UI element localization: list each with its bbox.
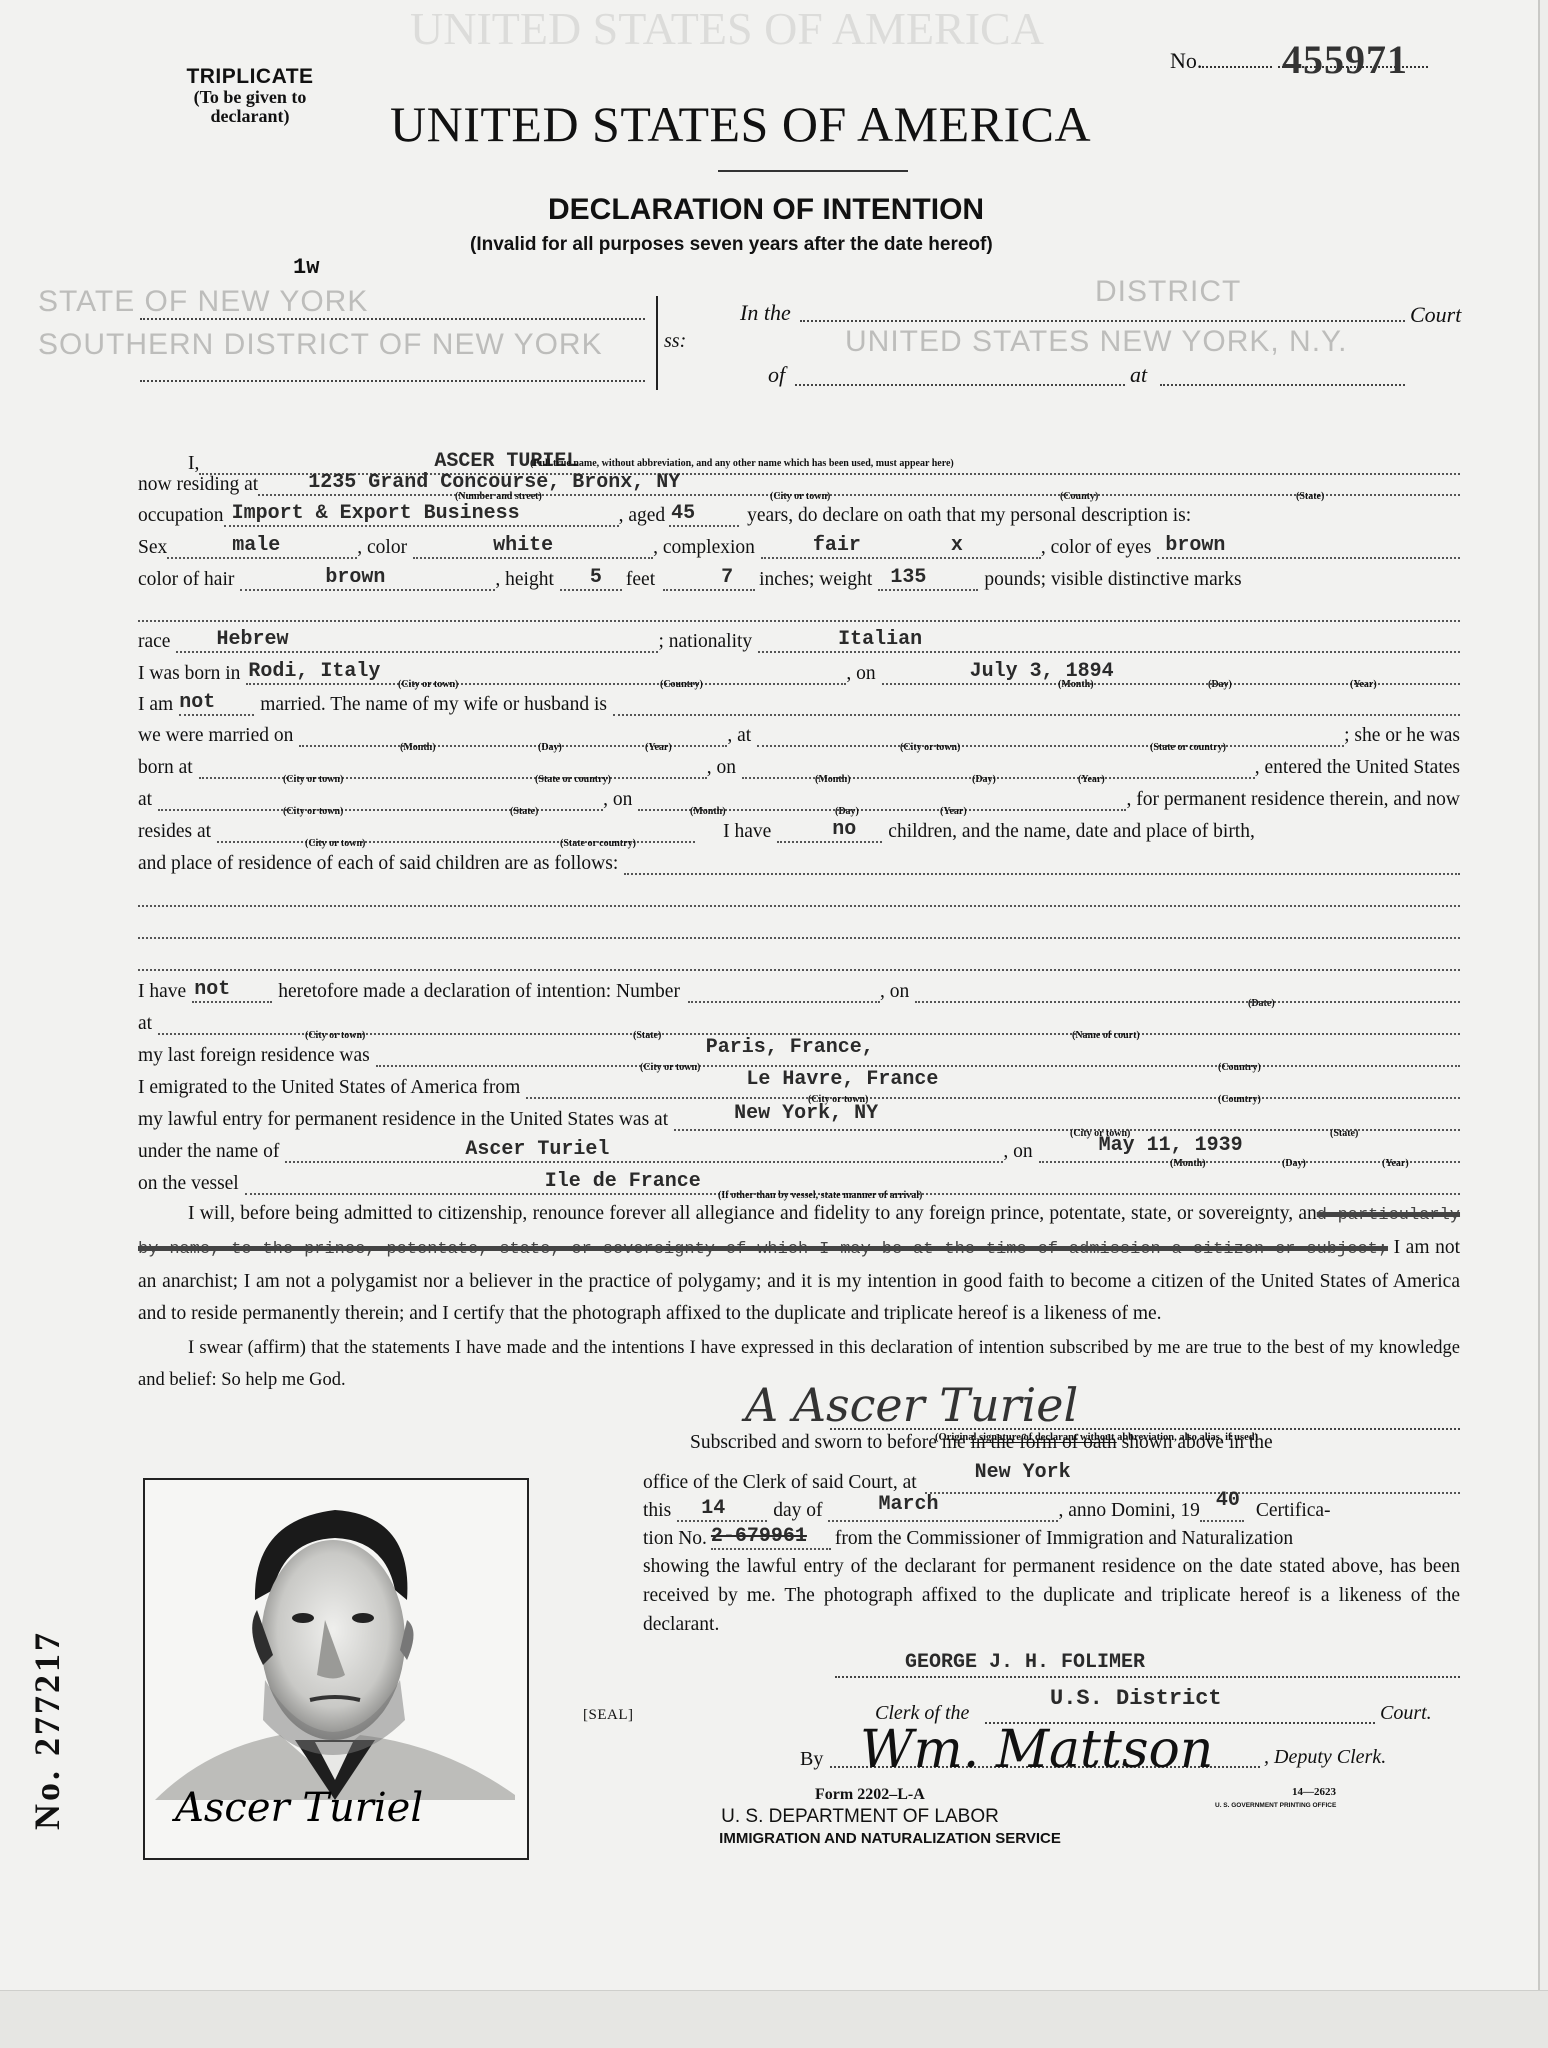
vessel-value: Ile de France (545, 1170, 701, 1193)
children-list-label: and place of residence of each of said c… (138, 853, 618, 875)
copy-designation: TRIPLICATE (To be given to declarant) (160, 66, 340, 126)
feet-field: 5 (560, 569, 622, 591)
at-label: , at (727, 725, 751, 747)
day-of-label: day of (773, 1500, 822, 1522)
emigrated-label: I emigrated to the United States of Amer… (138, 1077, 520, 1099)
certificate-value: 277217 (27, 1630, 67, 1756)
this-label: this (643, 1500, 671, 1522)
last-residence-label: my last foreign residence was (138, 1045, 370, 1067)
under-name-row: under the name of Ascer Turiel , on May … (138, 1133, 1460, 1163)
nationality-value: Italian (838, 628, 922, 651)
number-value: 455971 (1282, 36, 1408, 83)
district-stamp: SOUTHERN DISTRICT OF NEW YORK (38, 328, 603, 362)
years-text: years, do declare on oath that my person… (747, 505, 1191, 527)
birth-row: I was born in Rodi, Italy , on July 3, 1… (138, 655, 1460, 685)
color-field: white (413, 537, 653, 559)
feet-label: feet (626, 569, 655, 591)
page-title: UNITED STATES OF AMERICA (390, 95, 1091, 153)
place-field: New York (925, 1472, 1460, 1494)
hair-field: brown (240, 569, 495, 591)
marital-status-value: not (179, 691, 215, 714)
race-row: race Hebrew ; nationality Italian (138, 623, 1460, 653)
residing-label: now residing at (138, 474, 258, 496)
court-line (800, 320, 1405, 322)
ss-bracket (650, 296, 658, 390)
inches-field: 7 (663, 569, 755, 591)
copy-note-2: declarant) (160, 107, 340, 126)
declarant-photo: Ascer Turiel (143, 1478, 529, 1860)
code-mark: 1w (293, 255, 319, 280)
copy-label: TRIPLICATE (160, 66, 340, 88)
marriage-place-field (757, 725, 1344, 747)
certificate-number-text: No. 277217 (26, 1630, 68, 1830)
at-label: at (1130, 362, 1147, 388)
certificate-label: No. (27, 1768, 67, 1830)
court-stamp-main: UNITED STATES NEW YORK, N.Y. (845, 325, 1348, 359)
race-field: Hebrew (176, 631, 658, 653)
last-residence-row: my last foreign residence was Paris, Fra… (138, 1037, 1460, 1067)
clerk-line (835, 1676, 1460, 1678)
aged-label: , aged (619, 505, 666, 527)
on-label: , on (1003, 1141, 1032, 1163)
complexion-field: fairx (761, 537, 1041, 559)
entry-row: my lawful entry for permanent residence … (138, 1101, 1460, 1131)
sex-value: male (232, 534, 280, 557)
year-field: 40 (1200, 1500, 1244, 1522)
feet-value: 5 (590, 566, 602, 589)
entry-place-value: New York, NY (734, 1102, 878, 1125)
children-row-2 (138, 877, 1460, 907)
inches-value: 7 (721, 566, 733, 589)
marital-status-field: not (179, 694, 254, 716)
subscribed-text: Subscribed and sworn to before me in the… (690, 1432, 1273, 1454)
certifica-label: Certifica- (1256, 1500, 1331, 1522)
hair-value: brown (325, 566, 385, 589)
month-field: March (828, 1500, 1058, 1522)
resides-at-label: resides at (138, 821, 211, 843)
race-label: race (138, 631, 170, 653)
cert-no-field: 2-679961 (711, 1528, 831, 1550)
printer-label: U. S. GOVERNMENT PRINTING OFFICE (1215, 1802, 1336, 1809)
hair-row: color of hair brown , height 5 feet 7 in… (138, 561, 1460, 591)
year-value: 40 (1216, 1489, 1240, 1512)
page-subtitle: DECLARATION OF INTENTION (548, 193, 984, 227)
weight-value: 135 (890, 566, 926, 589)
birthplace-field: Rodi, Italy (246, 663, 846, 685)
i-am-label: I am (138, 694, 173, 716)
at-label: at (138, 1013, 152, 1035)
of-line (795, 384, 1125, 386)
copy-note: (To be given to (160, 88, 340, 107)
office-label: office of the Clerk of said Court, at (643, 1472, 917, 1494)
declaration-number: No.455971 (1170, 48, 1428, 74)
occupation-row: occupation Import & Export Business , ag… (138, 497, 1460, 527)
court-label: Court (1410, 302, 1461, 328)
on-label: , on (846, 663, 875, 685)
sex-field: male (167, 537, 357, 559)
at-line (1160, 384, 1405, 386)
from-text: from the Commissioner of Immigration and… (835, 1528, 1293, 1550)
cert-no-label: tion No. (643, 1528, 707, 1550)
deputy-signature: Wm. Mattson (860, 1720, 1213, 1780)
i-have-label: I have (138, 981, 186, 1003)
children-count-value: no (832, 818, 856, 841)
last-residence-field: Paris, France, (376, 1045, 1460, 1067)
occupation-label: occupation (138, 505, 224, 527)
married-text: married. The name of my wife or husband … (260, 694, 607, 716)
emigrated-value: Le Havre, France (746, 1068, 938, 1091)
court-label: Court. (1380, 1702, 1432, 1725)
under-name-label: under the name of (138, 1141, 279, 1163)
age-field: 45 (669, 505, 739, 527)
born-label: I was born in (138, 663, 240, 685)
renunciation-paragraph: I will, before being admitted to citizen… (138, 1198, 1460, 1330)
occupation-value: Import & Export Business (232, 502, 520, 525)
complexion-label: , complexion (653, 537, 755, 559)
last-residence-value: Paris, France, (706, 1036, 874, 1059)
court-stamp-top: DISTRICT (1095, 275, 1241, 309)
place-value: New York (975, 1461, 1071, 1484)
eyes-label: , color of eyes (1041, 537, 1151, 559)
she-he-was-label: ; she or he was (1344, 725, 1460, 747)
office-row: office of the Clerk of said Court, at Ne… (643, 1472, 1460, 1494)
signature-line (830, 1428, 1460, 1430)
address-field: 1235 Grand Concourse, Bronx, NY (258, 474, 1460, 496)
married-on-label: we were married on (138, 725, 293, 747)
children-field-2 (138, 885, 1460, 907)
county-line (140, 380, 645, 382)
complexion-extra: x (951, 534, 963, 557)
birthplace-value: Rodi, Italy (248, 660, 380, 683)
in-the-label: In the (740, 300, 791, 326)
children-field-3 (138, 917, 1460, 939)
department-label: U. S. DEPARTMENT OF LABOR (660, 1806, 1060, 1828)
anno-label: , anno Domini, 19 (1058, 1500, 1199, 1522)
by-label: By (800, 1748, 823, 1771)
entered-us-label: , entered the United States (1255, 757, 1460, 779)
children-field (624, 853, 1460, 875)
certificate-number: No. 277217 (18, 1590, 68, 1830)
born-at-label: born at (138, 757, 193, 779)
age-value: 45 (671, 502, 695, 525)
validity-note: (Invalid for all purposes seven years af… (470, 234, 993, 256)
prior-status-field: not (192, 981, 272, 1003)
subscribed-struck: in the form of oath (971, 1432, 1117, 1453)
color-value: white (493, 534, 553, 557)
under-name-value: Ascer Turiel (465, 1138, 609, 1161)
spouse-name-field (613, 694, 1460, 716)
declarant-signature: A Ascer Turiel (745, 1378, 1078, 1432)
children-row-3 (138, 909, 1460, 939)
service-label: IMMIGRATION AND NATURALIZATION SERVICE (660, 1830, 1120, 1847)
oath-text-a: I will, before being admitted to citizen… (188, 1203, 1317, 1224)
complexion-value: fair (813, 534, 861, 557)
weight-field: 135 (878, 569, 978, 591)
sex-row: Sex male , color white , complexion fair… (138, 529, 1460, 559)
i-have-label: I have (723, 821, 771, 843)
prior-status-value: not (194, 978, 230, 1001)
prior-number-field (688, 981, 880, 1003)
scan-background (0, 1990, 1548, 2048)
color-label: , color (357, 537, 407, 559)
race-value: Hebrew (216, 628, 288, 651)
eyes-value: brown (1165, 534, 1225, 557)
state-stamp: STATE OF NEW YORK (38, 285, 368, 319)
spouse-birthplace-field (199, 757, 707, 779)
seal-label: [SEAL] (583, 1707, 634, 1724)
marks-row (138, 592, 1460, 622)
date-row: this 14 day of March , anno Domini, 19 4… (643, 1500, 1460, 1522)
subscribed-a: Subscribed and sworn to before me (690, 1432, 971, 1453)
pounds-label: pounds; visible distinctive marks (984, 569, 1241, 591)
day-field: 14 (677, 1500, 767, 1522)
entry-label: my lawful entry for permanent residence … (138, 1109, 668, 1131)
of-label: of (768, 362, 785, 388)
bleed-through-title: UNITED STATES OF AMERICA (410, 2, 1044, 55)
form-number: Form 2202–L-A (815, 1786, 925, 1804)
children-text: children, and the name, date and place o… (888, 821, 1255, 843)
prior-date-field (915, 981, 1460, 1003)
height-label: , height (495, 569, 554, 591)
photo-signature: Ascer Turiel (175, 1785, 423, 1831)
month-value: March (878, 1493, 938, 1516)
under-name-field: Ascer Turiel (285, 1141, 1003, 1163)
print-code: 14—2623 (1292, 1786, 1336, 1798)
marital-row: I am not married. The name of my wife or… (138, 686, 1460, 716)
cert-no-row: tion No. 2-679961 from the Commissioner … (643, 1528, 1293, 1550)
state-line (140, 318, 645, 320)
nationality-label: ; nationality (658, 631, 752, 653)
certification-text: showing the lawful entry of the declaran… (643, 1552, 1460, 1639)
emigrated-field: Le Havre, France (526, 1077, 1460, 1099)
subscribed-b: shown above in the (1117, 1432, 1273, 1453)
on-label: , on (880, 981, 909, 1003)
children-count-field: no (777, 821, 882, 843)
deputy-clerk-label: , Deputy Clerk. (1264, 1746, 1386, 1769)
entry-date-value: May 11, 1939 (1099, 1134, 1243, 1157)
at-label: at (138, 789, 152, 811)
marks-field (138, 600, 1460, 622)
occupation-field: Import & Export Business (224, 505, 619, 527)
sex-label: Sex (138, 537, 167, 559)
eyes-field: brown (1157, 537, 1460, 559)
on-label: , on (707, 757, 736, 779)
day-value: 14 (701, 1497, 725, 1520)
title-rule (718, 170, 908, 172)
married-on-row: we were married on , at ; she or he was (138, 717, 1460, 747)
inches-label: inches; weight (759, 569, 872, 591)
hair-label: color of hair (138, 569, 234, 591)
nationality-field: Italian (758, 631, 1460, 653)
on-label: , on (603, 789, 632, 811)
for-permanent-label: , for permanent residence therein, and n… (1126, 789, 1460, 811)
cert-no-value: 2-679961 (711, 1525, 807, 1548)
emigrated-row: I emigrated to the United States of Amer… (138, 1069, 1460, 1099)
number-dots (1202, 66, 1272, 68)
vessel-label: on the vessel (138, 1173, 239, 1195)
ss-label: ss: (664, 330, 686, 353)
children-field-4 (138, 949, 1460, 971)
number-label: No. (1170, 48, 1202, 73)
prior-text: heretofore made a declaration of intenti… (278, 981, 680, 1003)
children-row-4 (138, 941, 1460, 971)
children-row: and place of residence of each of said c… (138, 845, 1460, 875)
